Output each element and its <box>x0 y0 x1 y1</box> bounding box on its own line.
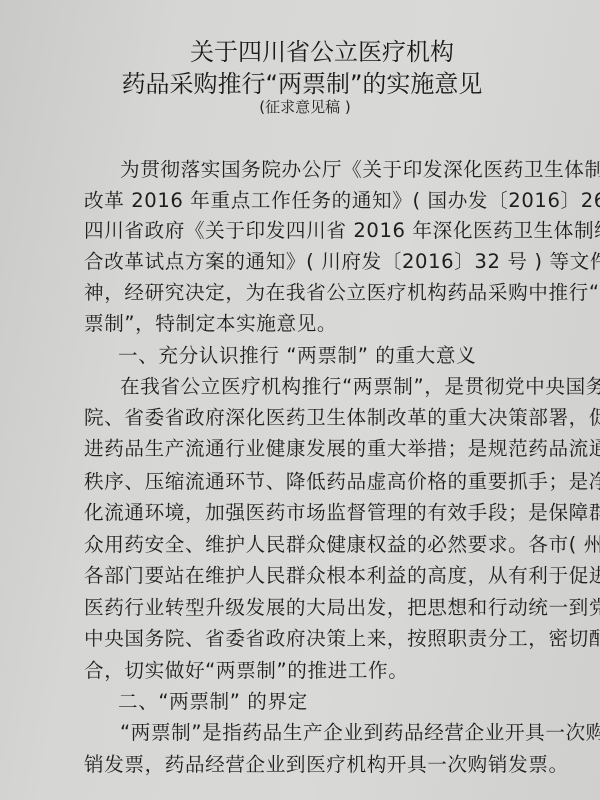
document-page: 关于四川省公立医疗机构 药品采购推行“两票制”的实施意见 (征求意见稿 ) 为贯… <box>0 0 600 800</box>
body-line: 各部门要站在维护人民群众根本利益的高度，从有利于促进 <box>84 564 600 588</box>
section-heading-2: 二、“两票制” 的界定 <box>118 690 308 714</box>
body-line: “两票制”是指药品生产企业到药品经营企业开具一次购 <box>120 721 600 745</box>
body-line: 院、省委省政府深化医药卫生体制改革的重大决策部署，促 <box>84 406 600 430</box>
body-line: 合，切实做好“两票制”的推进工作。 <box>84 659 408 683</box>
body-line: 改革 2016 年重点工作任务的通知》( 国办发〔2016〕26 号 )、 <box>84 189 600 213</box>
body-line: 秩序、压缩流通环节、降低药品虚高价格的重要抓手；是净 <box>84 470 600 494</box>
body-line: 为贯彻落实国务院办公厅《关于印发深化医药卫生体制 <box>120 158 600 182</box>
body-line: 票制”，特制定本实施意见。 <box>84 312 337 336</box>
body-line: 医药行业转型升级发展的大局出发，把思想和行动统一到党 <box>84 596 600 620</box>
document-title-line2: 药品采购推行“两票制”的实施意见 <box>2 64 600 99</box>
document-subtitle: (征求意见稿 ) <box>0 96 600 117</box>
section-heading-1: 一、充分认识推行 “两票制” 的重大意义 <box>118 344 476 368</box>
body-line: 中央国务院、省委省政府决策上来，按照职责分工，密切配 <box>84 627 600 651</box>
body-line: 合改革试点方案的通知》( 川府发〔2016〕32 号 ) 等文件精 <box>84 250 600 274</box>
body-line: 众用药安全、维护人民群众健康权益的必然要求。各市( 州 )、 <box>84 533 600 557</box>
body-line: 销发票，药品经营企业到医疗机构开具一次购销发票。 <box>84 753 569 777</box>
body-line: 在我省公立医疗机构推行“两票制”，是贯彻党中央国务 <box>120 375 600 399</box>
body-line: 神，经研究决定，为在我省公立医疗机构药品采购中推行“两 <box>84 281 600 305</box>
body-line: 化流通环境，加强医药市场监督管理的有效手段；是保障群 <box>84 501 600 525</box>
body-line: 四川省政府《关于印发四川省 2016 年深化医药卫生体制综 <box>84 219 600 243</box>
document-title-line1: 关于四川省公立医疗机构 <box>22 32 600 67</box>
body-line: 进药品生产流通行业健康发展的重大举措；是规范药品流通 <box>84 437 600 461</box>
